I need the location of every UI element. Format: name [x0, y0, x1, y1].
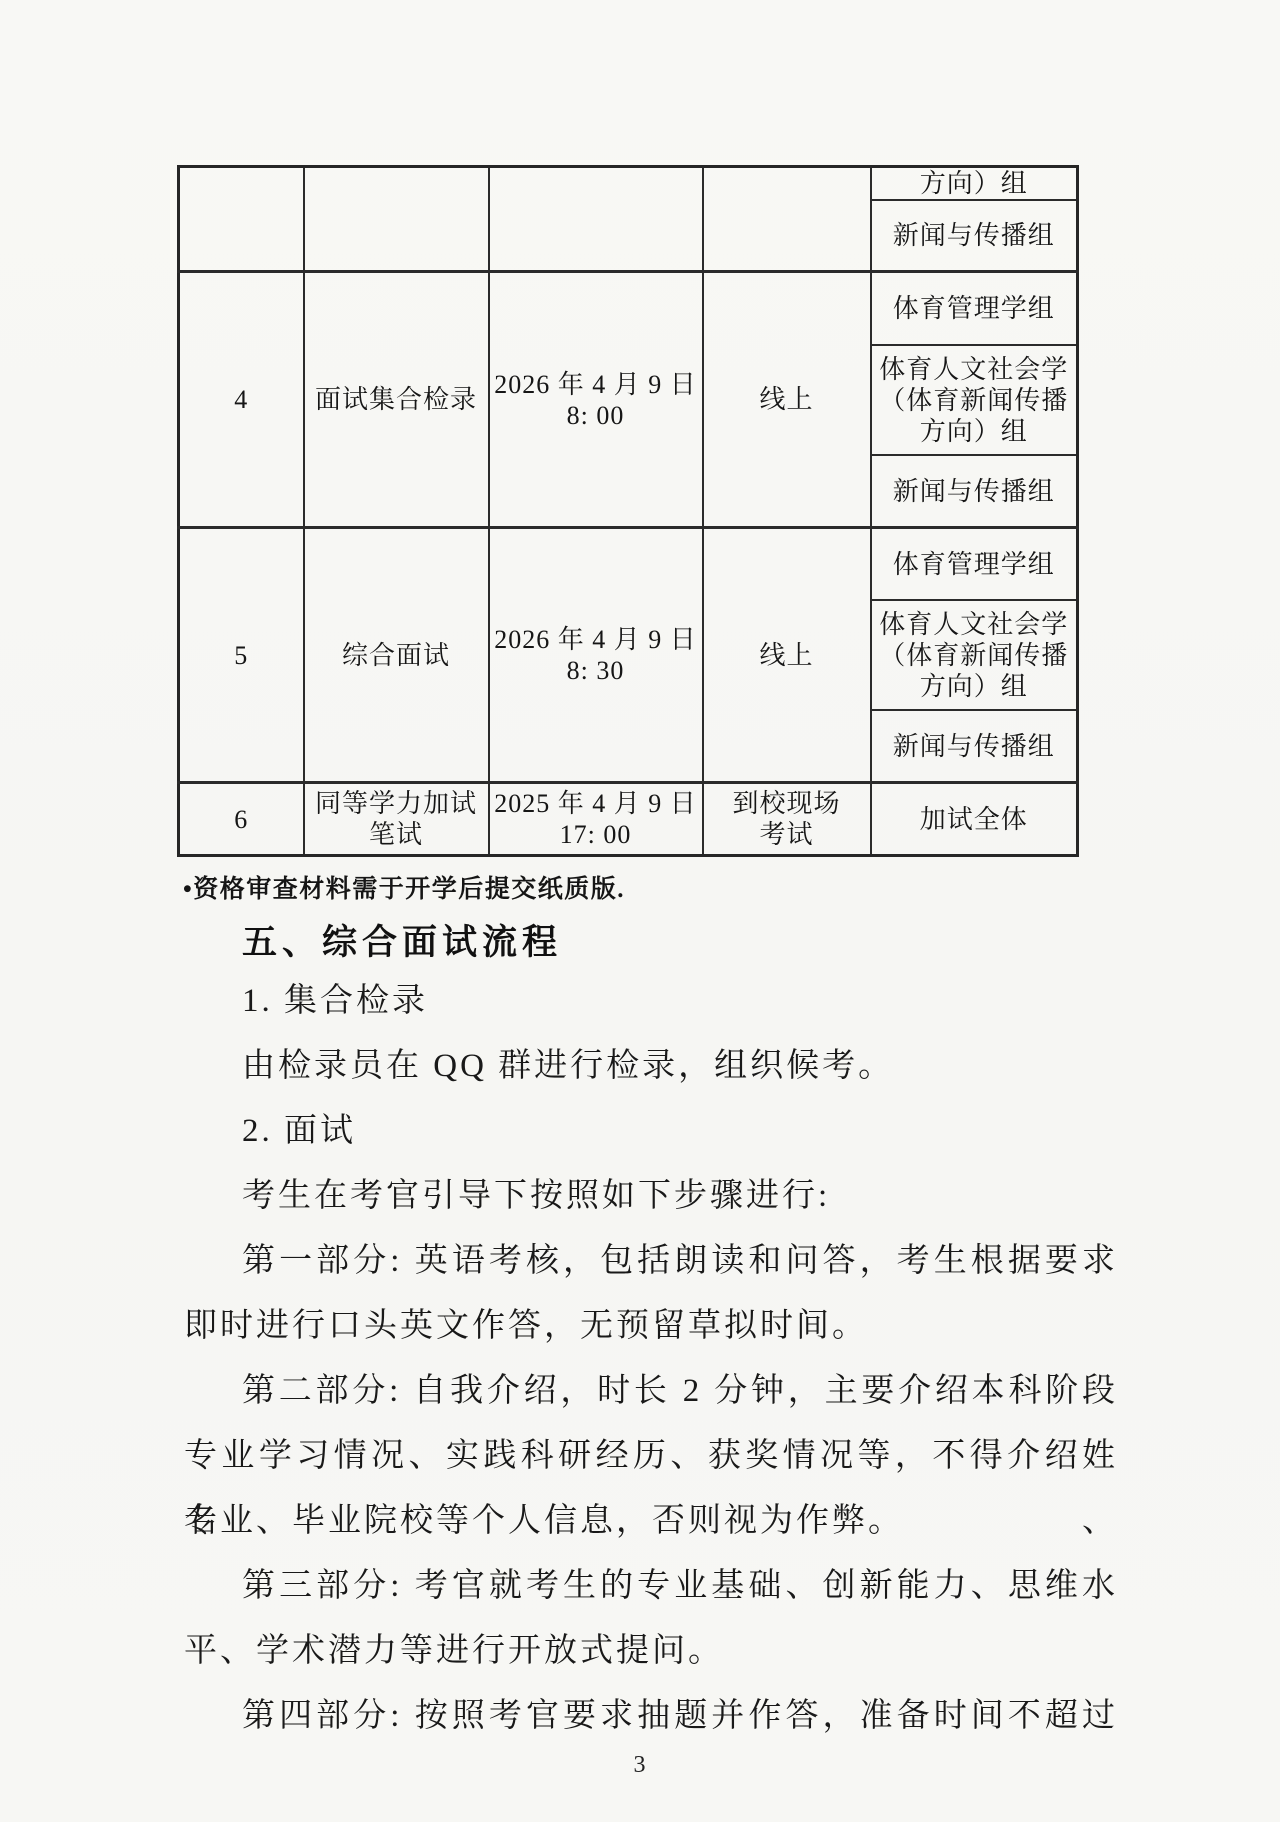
row4-group1-cell: 体育管理学组 [871, 272, 1078, 346]
table-row-6: 6 同等学力加试 笔试 2025 年 4 月 9 日 17: 00 到校现场 考… [179, 783, 1078, 856]
body-line-2: 由检录员在 QQ 群进行检录，组织候考。 [184, 1034, 1118, 1099]
cont-group-tail-cell: 方向）组 [871, 167, 1078, 201]
row4-group2-cell: 体育人文社会学 （体育新闻传播 方向）组 [871, 345, 1078, 455]
cont-mode-cell [703, 167, 871, 272]
row4-date-cell: 2026 年 4 月 9 日 8: 00 [489, 272, 703, 528]
page-number: 3 [0, 1752, 1280, 1779]
row6-mode-cell: 到校现场 考试 [703, 783, 871, 856]
exam-schedule-table: 方向）组 新闻与传播组 4 面试集合检录 2026 年 4 月 9 日 8: 0… [177, 165, 1079, 857]
body-text: 1. 集合检录 由检录员在 QQ 群进行检录，组织候考。 2. 面试 考生在考官… [184, 969, 1118, 1749]
scanned-document-page: 方向）组 新闻与传播组 4 面试集合检录 2026 年 4 月 9 日 8: 0… [0, 0, 1280, 1822]
body-line-7: 第二部分: 自我介绍，时长 2 分钟，主要介绍本科阶段 [184, 1359, 1118, 1424]
table-footnote: •资格审查材料需于开学后提交纸质版. [183, 869, 625, 905]
row4-item-cell: 面试集合检录 [304, 272, 489, 528]
cont-date-cell [489, 167, 703, 272]
section-heading: 五、综合面试流程 [242, 915, 562, 965]
row5-group1-cell: 体育管理学组 [871, 528, 1078, 601]
row5-item-cell: 综合面试 [304, 528, 489, 783]
body-line-10: 第三部分: 考官就考生的专业基础、创新能力、思维水 [184, 1554, 1118, 1619]
body-line-11: 平、学术潜力等进行开放式提问。 [184, 1619, 1118, 1684]
row5-date-cell: 2026 年 4 月 9 日 8: 30 [489, 528, 703, 783]
row4-no-cell: 4 [179, 272, 304, 528]
table-row-4: 4 面试集合检录 2026 年 4 月 9 日 8: 00 线上 体育管理学组 [179, 272, 1078, 346]
row4-mode-cell: 线上 [703, 272, 871, 528]
body-line-4: 考生在考官引导下按照如下步骤进行: [184, 1164, 1118, 1229]
cont-item-cell [304, 167, 489, 272]
cont-no-cell [179, 167, 304, 272]
row6-item-cell: 同等学力加试 笔试 [304, 783, 489, 856]
body-line-8: 专业学习情况、实践科研经历、获奖情况等，不得介绍姓名、 [184, 1424, 1118, 1489]
row6-no-cell: 6 [179, 783, 304, 856]
table-row-5: 5 综合面试 2026 年 4 月 9 日 8: 30 线上 体育管理学组 [179, 528, 1078, 601]
body-line-3: 2. 面试 [184, 1099, 1118, 1164]
row5-group2-cell: 体育人文社会学 （体育新闻传播 方向）组 [871, 600, 1078, 710]
body-line-5: 第一部分: 英语考核，包括朗读和问答，考生根据要求 [184, 1229, 1118, 1294]
row5-mode-cell: 线上 [703, 528, 871, 783]
body-line-12: 第四部分: 按照考官要求抽题并作答，准备时间不超过 [184, 1684, 1118, 1749]
row6-group-cell: 加试全体 [871, 783, 1078, 856]
table-row-continuation: 方向）组 [179, 167, 1078, 201]
row5-group3-cell: 新闻与传播组 [871, 710, 1078, 783]
row6-date-cell: 2025 年 4 月 9 日 17: 00 [489, 783, 703, 856]
body-line-1: 1. 集合检录 [184, 969, 1118, 1034]
body-line-6: 即时进行口头英文作答，无预留草拟时间。 [184, 1294, 1118, 1359]
row4-group3-cell: 新闻与传播组 [871, 455, 1078, 528]
row5-no-cell: 5 [179, 528, 304, 783]
cont-group-cell: 新闻与传播组 [871, 200, 1078, 272]
